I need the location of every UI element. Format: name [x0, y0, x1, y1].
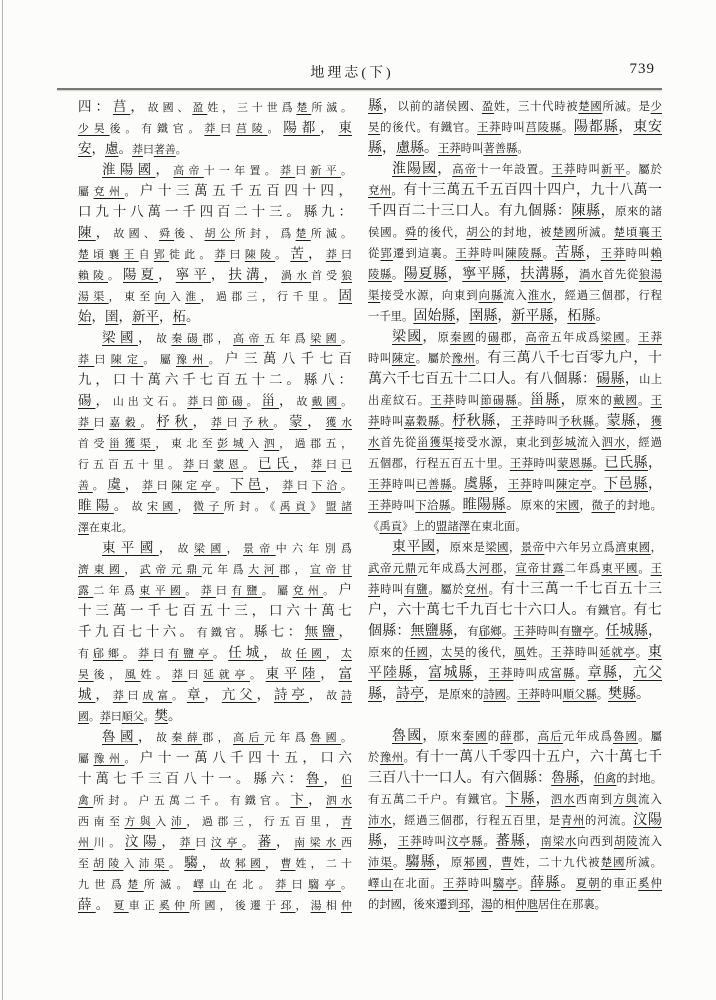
proper-noun-underlined: 陽都縣	[574, 120, 618, 135]
proper-noun-underlined: 任城縣	[605, 624, 648, 639]
text-run: 。	[176, 144, 187, 156]
text-run: 故	[132, 501, 147, 513]
text-run: 。	[89, 711, 100, 723]
proper-noun-underlined: 昊	[78, 669, 94, 681]
proper-noun-underlined: 固始縣	[413, 309, 455, 324]
proper-noun-underlined: 淮陽國	[102, 162, 155, 177]
text-run: 西南到	[576, 794, 613, 806]
text-run: 》上的	[402, 521, 436, 533]
proper-noun-underlined: 向縣	[479, 290, 504, 302]
proper-noun-underlined: 陵縣	[368, 269, 392, 281]
text-line: 安，慮。莽曰著善。	[78, 138, 352, 159]
text-line: 個縣：無鹽縣，有郈鄉。王莽時叫有鹽亭。任城縣，	[368, 621, 662, 642]
two-column-text: 四：莒，故國、盈姓，三十世爲楚所滅。少昊後。有鐵官。莽曰莒陵。陽都，東安，慮。莽…	[78, 96, 662, 915]
text-run: 原來是	[450, 542, 485, 554]
proper-noun-underlined: 亢父	[633, 666, 662, 681]
text-run: 。	[517, 143, 528, 155]
text-run: 原來的	[368, 647, 405, 659]
text-run: 。	[636, 647, 648, 659]
proper-noun-underlined: 蒙縣	[607, 414, 636, 429]
proper-noun-underlined: 湯	[481, 899, 492, 911]
text-run: ，	[138, 330, 156, 345]
proper-noun-underlined: 王莽	[511, 416, 535, 428]
text-line: 出産紋石。王莽時叫節碭縣。甾縣，原來的戴國。王	[368, 390, 662, 411]
text-run: 時叫	[422, 836, 446, 848]
text-run: 入	[170, 291, 185, 303]
text-line: 魯國，故秦薛郡，高后元年爲魯國。	[78, 726, 352, 747]
text-run: 。	[393, 857, 405, 869]
text-run: ，	[383, 99, 398, 114]
text-run: 十三萬一千七百五十三，口六十萬七	[78, 603, 352, 618]
text-run: 元年成爲	[417, 563, 466, 575]
proper-noun-underlined: 詩亭	[274, 687, 309, 702]
text-run: ，	[382, 141, 396, 156]
proper-noun-underlined: 高后	[538, 731, 563, 743]
proper-noun-underlined: 王莽	[443, 878, 468, 890]
proper-noun-underlined: 舜	[405, 227, 417, 239]
proper-noun-underlined: 予秋縣	[559, 416, 595, 428]
proper-noun-underlined: 宋國	[147, 501, 178, 513]
scan-edge-artifact	[2, 0, 3, 1000]
text-run: 郡，	[500, 332, 525, 344]
text-line: 屬豫州。户十一萬八千四十五，口六	[78, 747, 352, 768]
proper-noun-underlined: 章縣	[588, 666, 618, 681]
proper-noun-underlined: 新平	[601, 164, 626, 176]
text-run: 元年爲	[202, 564, 248, 576]
proper-noun-underlined: 汶陽	[125, 834, 161, 849]
proper-noun-underlined: 獲	[651, 416, 662, 428]
proper-noun-underlined: 騶	[184, 855, 202, 870]
text-run: 至	[78, 858, 93, 870]
proper-noun-underlined: 新平	[132, 309, 159, 324]
text-line: 時叫陳定。屬於豫州。有三萬八千七百零九户，十	[368, 348, 662, 369]
text-run: 相	[326, 900, 341, 912]
text-run: ，	[320, 666, 338, 681]
text-run: ，	[564, 267, 579, 282]
text-run: 。	[273, 417, 289, 429]
text-run: 。	[506, 689, 517, 701]
text-run: 。	[144, 711, 155, 723]
text-run: 。	[168, 708, 182, 723]
proper-noun-underlined: 蒙恩縣	[557, 458, 592, 470]
text-run: 。	[186, 309, 200, 324]
text-run: 十一年設置。	[477, 164, 551, 176]
text-run: 。	[424, 141, 438, 156]
proper-noun-underlined: 少昊	[78, 123, 110, 135]
text-run: 時叫	[392, 479, 416, 491]
text-run: 原	[438, 332, 451, 344]
proper-noun-underlined: 縣	[368, 687, 382, 702]
text-run: 二年爲	[565, 563, 602, 575]
proper-noun-underlined: 楚	[296, 228, 311, 240]
text-line: 賴陵。陽夏，寧平，扶溝，渦水首受狼	[78, 264, 352, 285]
proper-noun-underlined: 豫州	[93, 753, 124, 765]
text-run: 在東北面。	[470, 521, 527, 533]
text-run: 時叫	[461, 143, 484, 155]
proper-noun-underlined: 莽	[78, 417, 94, 429]
text-run: ，	[264, 267, 282, 282]
proper-noun-underlined: 泗水	[551, 794, 576, 806]
proper-noun-underlined: 魯國	[392, 729, 422, 744]
text-run: 時叫	[576, 164, 601, 176]
proper-noun-underlined: 王莽	[477, 122, 501, 134]
proper-noun-underlined: 任國	[296, 648, 326, 660]
text-run: 的	[488, 731, 501, 743]
text-run: ，	[473, 666, 488, 681]
proper-noun-underlined: 莽	[78, 354, 94, 366]
proper-noun-underlined: 已氏	[258, 456, 293, 471]
text-run: ，	[648, 624, 662, 639]
text-run: 。	[518, 878, 530, 890]
text-line: 屬兗州。户十三萬五千五百四十四，	[78, 180, 352, 201]
proper-noun-underlined: 睢陽縣	[463, 498, 506, 513]
text-line: 沛渠。騶縣，原邾國，曹姓，二十九代被楚國所滅。	[368, 852, 662, 873]
blank-line	[368, 705, 662, 726]
text-run: 。	[250, 669, 266, 681]
text-run: ，	[227, 543, 243, 555]
proper-noun-underlined: 胡公	[205, 228, 235, 240]
text-line: 十萬七千三百八十一。縣六：魯，伯	[78, 768, 352, 789]
proper-noun-underlined: 盈	[192, 102, 207, 114]
text-run: ，	[618, 666, 633, 681]
proper-noun-underlined: 沛渠	[368, 857, 393, 869]
text-run: 首先從	[380, 437, 417, 449]
proper-noun-underlined: 已善縣	[416, 479, 452, 491]
proper-noun-underlined: 陳	[78, 225, 96, 240]
proper-noun-underlined: 薛	[187, 732, 202, 744]
text-line: 千四百二十三口人。有九個縣：陳縣，原來的諸	[368, 201, 662, 222]
text-run: ，	[580, 500, 592, 512]
proper-noun-underlined: 善	[78, 480, 93, 492]
proper-noun-underlined: 寧平縣	[462, 267, 506, 282]
proper-noun-underlined: 縣	[368, 99, 383, 114]
text-run: 。屬	[143, 354, 176, 366]
text-run: ，	[308, 246, 326, 261]
text-line: 原來的任國，太昊的後代，風姓。王莽時叫延就亭。東	[368, 642, 662, 663]
text-run: 所國，後遷于	[189, 900, 280, 912]
proper-noun-underlined: 魯國	[613, 731, 638, 743]
page-number: 739	[630, 61, 656, 78]
text-run: 時叫	[455, 395, 480, 407]
text-run: 曰	[292, 879, 308, 891]
text-run: ，	[429, 647, 441, 659]
text-line: 露二年爲東平國。莽曰有鹽。屬兗州。户	[78, 579, 352, 600]
proper-noun-underlined: 水	[368, 437, 380, 449]
translation-text-column: 縣，以前的諸侯國、盈姓，三十代時被楚國所滅。是少昊的後代。有鐵官。王莽時叫莒陵縣…	[368, 96, 662, 915]
text-line: 千九百七十六。有鐵官。縣七：無鹽，	[78, 621, 352, 642]
proper-noun-underlined: 汶亭	[211, 837, 242, 849]
proper-noun-underlined: 扶溝縣	[521, 267, 565, 282]
text-run: 有三萬八千七百零九户，十	[487, 351, 662, 366]
proper-noun-underlined: 無鹽縣	[411, 624, 454, 639]
text-line: 楚頃襄王自郢徙此。莽曰陳陵。苦，莽曰	[78, 243, 352, 264]
proper-noun-underlined: 下邑	[230, 477, 265, 492]
proper-noun-underlined: 莽	[187, 396, 202, 408]
text-run: 。	[341, 165, 352, 177]
page-header: 地理志(下) 739	[0, 62, 716, 82]
text-line: 莽時叫有鹽。屬於兗州。有十三萬一千七百五十三	[368, 579, 662, 600]
proper-noun-underlined: 泗水	[326, 795, 352, 807]
proper-noun-underlined: 陽夏	[123, 267, 158, 282]
text-line: 昊後，風姓。莽曰延就亭。東平陸，富	[78, 663, 352, 684]
proper-noun-underlined: 章	[187, 687, 204, 702]
text-run: 。	[502, 626, 514, 638]
proper-noun-underlined: 碭縣	[596, 372, 625, 387]
text-run: ，	[435, 540, 449, 555]
proper-noun-underlined: 王莽	[551, 164, 576, 176]
text-run: 》	[310, 501, 325, 513]
text-run: ，	[92, 309, 106, 324]
text-line: 四：莒，故國、盈姓，三十世爲楚所滅。	[78, 96, 352, 117]
proper-noun-underlined: 楚頃襄王	[78, 249, 139, 261]
text-run: ，	[553, 309, 567, 324]
proper-noun-underlined: 湯渠	[78, 291, 109, 303]
proper-noun-underlined: 王	[651, 395, 662, 407]
proper-noun-underlined: 東平國	[139, 585, 185, 597]
text-run: 屬	[78, 753, 93, 765]
proper-noun-underlined: 青	[341, 816, 352, 828]
text-run: 時叫	[480, 248, 505, 260]
text-run: 故	[296, 396, 311, 408]
text-line: 縣，以前的諸侯國、盈姓，三十代時被楚國所滅。是少	[368, 96, 662, 117]
proper-noun-underlined: 沛	[171, 816, 186, 828]
proper-noun-underlined: 甘	[341, 564, 352, 576]
proper-noun-underlined: 詩	[341, 690, 352, 702]
text-run: 曰	[341, 249, 352, 261]
proper-noun-underlined: 景帝	[243, 543, 276, 555]
text-run: ，	[92, 141, 106, 156]
text-line: 於豫州。有十一萬八千零四十五户，六十萬七千	[368, 747, 662, 768]
text-run: 。	[451, 500, 463, 512]
proper-noun-underlined: 陳定	[111, 354, 144, 366]
text-run: ，	[158, 267, 176, 282]
text-run: 。	[404, 752, 416, 764]
proper-noun-underlined: 風	[125, 669, 141, 681]
proper-noun-underlined: 順父縣	[563, 689, 597, 701]
text-line: 湯渠，東至向入淮，過郡三，行千里。固	[78, 285, 352, 306]
proper-noun-underlined: 渠	[368, 290, 380, 302]
text-run: 縣七：	[254, 624, 305, 639]
text-run: ，	[509, 542, 521, 554]
proper-noun-underlined: 已	[341, 459, 352, 471]
text-run: 曰	[202, 396, 217, 408]
text-line: 東平國，原來是梁國，景帝中六年另立爲濟東國，	[368, 537, 662, 558]
text-run: 所滅。是	[602, 101, 650, 113]
text-run: 户十一萬八千四十五，口六	[140, 750, 352, 765]
text-line: 《禹貢》上的盟諸澤在東北面。	[368, 516, 662, 537]
text-run: 所封。户五萬二千。有鐵官。	[93, 795, 290, 807]
text-run: ，東北至	[155, 438, 217, 450]
text-run: 曰	[157, 480, 172, 492]
proper-noun-underlined: 甾獲渠	[417, 437, 454, 449]
text-run: ，經過三個郡，行程	[552, 290, 662, 302]
text-line: 昊的後代。有鐵官。王莽時叫莒陵縣。陽都縣，東安	[368, 117, 662, 138]
proper-noun-underlined: 秦	[171, 732, 186, 744]
text-run: 。	[440, 416, 452, 428]
text-run: ，	[155, 162, 173, 177]
text-run: 首受	[78, 438, 109, 450]
text-run: ，	[618, 120, 633, 135]
text-run: ，	[159, 540, 178, 555]
text-run: ，	[488, 857, 500, 869]
text-run: ，	[159, 309, 173, 324]
text-run: ，	[339, 624, 352, 639]
proper-noun-underlined: 順父	[122, 711, 144, 723]
proper-noun-underlined: 陳陵縣	[505, 248, 542, 260]
text-run: 。	[96, 897, 114, 912]
text-line: 少昊後。有鐵官。莽曰莒陵。陽都，東	[78, 117, 352, 138]
text-run: 有鐵官。	[586, 605, 633, 617]
text-run: 西	[341, 837, 352, 849]
text-line: 莽曰嘉穀。杼秋，莽曰予秋。蒙，獲水	[78, 411, 352, 432]
proper-noun-underlined: 虞縣	[464, 477, 493, 492]
text-run: 時叫	[536, 626, 559, 638]
text-run: 。	[597, 689, 608, 701]
proper-noun-underlined: 莽	[100, 711, 111, 723]
proper-noun-underlined: 東平國	[601, 563, 638, 575]
proper-noun-underlined: 莽	[201, 585, 216, 597]
proper-noun-underlined: 青州	[561, 815, 585, 827]
proper-noun-underlined: 甾獲渠	[109, 438, 155, 450]
text-run: ，	[211, 267, 229, 282]
text-run: ，	[202, 855, 220, 870]
text-line: 莽曰陳定。屬豫州。户三萬八千七百	[78, 348, 352, 369]
text-run: 在東北。	[89, 522, 133, 534]
proper-noun-underlined: 富城縣	[428, 666, 473, 681]
proper-noun-underlined: 奚仲	[638, 878, 662, 890]
text-run: 出産紋石。	[368, 395, 430, 407]
proper-noun-underlined: 東安	[633, 120, 662, 135]
proper-noun-underlined: 郈鄉	[93, 648, 123, 660]
proper-noun-underlined: 莽	[180, 837, 196, 849]
proper-noun-underlined: 薛	[78, 897, 96, 912]
text-line: 城，莽曰成富。章，亢父，詩亭，故詩	[78, 684, 352, 705]
text-line: 户，六十萬七千九百七十六口人。有鐵官。有七	[368, 600, 662, 621]
proper-noun-underlined: 王莽	[601, 248, 626, 260]
proper-noun-underlined: 濟東國	[78, 564, 124, 576]
proper-noun-underlined: 詩亭	[396, 687, 424, 702]
text-run: 原來的諸	[615, 206, 662, 218]
text-run: 郡，	[279, 564, 310, 576]
text-run: 。	[124, 186, 139, 198]
text-run: ，	[178, 501, 193, 513]
proper-noun-underlined: 賴	[651, 248, 662, 260]
text-line: 平陸縣，富城縣，王莽時叫成富縣。章縣，亢父	[368, 663, 662, 684]
proper-noun-underlined: 圉	[105, 309, 119, 324]
text-run: 故	[326, 690, 341, 702]
proper-noun-underlined: 莽	[172, 669, 188, 681]
text-line: 首受甾獲渠，東北至彭城入泗，過郡五，	[78, 432, 352, 453]
text-line: 薛。夏車正奚仲所國，後遷于邳，湯相仲	[78, 894, 352, 915]
text-run: 郡，	[202, 333, 233, 345]
text-line: 睢陽。故宋國，微子所封。《禹貢》盟諸	[78, 495, 352, 516]
proper-noun-underlined: 甾縣	[530, 393, 560, 408]
text-run: 車正	[129, 900, 159, 912]
proper-noun-underlined: 已氏縣	[604, 456, 647, 471]
text-run: 在北面。	[393, 878, 443, 890]
text-run: 時叫	[513, 668, 538, 680]
text-run: 故	[156, 333, 171, 345]
text-line: 州川。汶陽，莽曰汶亭。蕃，南梁水西	[78, 831, 352, 852]
text-run: ，	[138, 729, 156, 744]
proper-noun-underlined: 節碭	[217, 396, 247, 408]
proper-noun-underlined: 渦水	[579, 269, 603, 281]
text-run: 所滅。	[311, 228, 352, 240]
text-line: 嶧山在北面。王莽時叫騶亭。薛縣。夏朝的車正奚仲	[368, 873, 662, 894]
proper-noun-underlined: 縣	[368, 141, 382, 156]
text-run: 的後代，	[417, 227, 466, 239]
proper-noun-underlined: 王莽	[517, 689, 540, 701]
text-run: 流入	[638, 836, 662, 848]
text-run: 。	[114, 498, 132, 513]
proper-noun-underlined: 楚	[127, 879, 143, 891]
proper-noun-underlined: 高后	[233, 732, 264, 744]
proper-noun-underlined: 陳陵	[245, 249, 275, 261]
proper-noun-underlined: 王莽	[368, 479, 392, 491]
text-run: 姓。	[526, 647, 550, 659]
text-run: 曰	[143, 144, 154, 156]
proper-noun-underlined: 秦國	[450, 332, 475, 344]
text-run: 屬	[78, 186, 93, 198]
text-run: 。	[562, 122, 574, 134]
text-run: 。	[595, 416, 607, 428]
proper-noun-underlined: 獲水	[325, 417, 352, 429]
proper-noun-underlined: 薛縣	[530, 876, 560, 891]
text-run: ，	[651, 542, 662, 554]
proper-noun-underlined: 東平陸	[266, 666, 321, 681]
text-run: 曰	[153, 648, 168, 660]
text-run: 故	[178, 543, 194, 555]
text-run: ，	[422, 330, 437, 345]
text-run: 一千里。	[368, 311, 413, 323]
text-run: 三百八十一口人。有六個縣：	[368, 771, 551, 786]
proper-noun-underlined: 魯國	[310, 732, 341, 744]
proper-noun-underlined: 太昊	[441, 647, 465, 659]
proper-noun-underlined: 邾國	[463, 857, 488, 869]
proper-noun-underlined: 王莽	[508, 479, 532, 491]
text-run: 時叫	[535, 416, 559, 428]
proper-noun-underlined: 淮	[185, 291, 200, 303]
text-line: 九世爲楚所滅。嶧山在北。莽曰騶亭。	[78, 873, 352, 894]
proper-noun-underlined: 胡公	[466, 227, 491, 239]
proper-noun-underlined: 樊	[155, 708, 169, 723]
text-run: 。	[141, 417, 157, 429]
text-run: ，	[295, 900, 310, 912]
text-line: 濟東國，武帝元鼎元年爲大河郡，宣帝甘	[78, 558, 352, 579]
proper-noun-underlined: 卞	[290, 792, 308, 807]
text-run: 從	[368, 248, 380, 260]
text-line: 陳，故國、舜後、胡公所封，爲楚所滅。	[78, 222, 352, 243]
text-run: ，	[96, 225, 114, 240]
text-run: 。	[108, 270, 123, 282]
text-run: 曰	[94, 417, 110, 429]
proper-noun-underlined: 楚頃襄王	[614, 227, 662, 239]
proper-noun-underlined: 陽都	[283, 120, 320, 135]
proper-noun-underlined: 莽	[368, 416, 380, 428]
proper-noun-underlined: 王莽	[510, 458, 534, 470]
text-run: 原來	[438, 731, 463, 743]
text-run: 入	[124, 858, 139, 870]
text-run: ，	[648, 456, 662, 471]
proper-noun-underlined: 寧平	[176, 267, 211, 282]
text-run: 故國、	[148, 102, 193, 114]
text-run: 原來的	[521, 500, 556, 512]
proper-noun-underlined: 沛水	[368, 815, 392, 827]
proper-noun-underlined: 杼秋縣	[452, 414, 496, 429]
proper-noun-underlined: 南梁水	[294, 837, 341, 849]
text-run: 。	[543, 248, 555, 260]
text-run: 。	[506, 498, 521, 513]
